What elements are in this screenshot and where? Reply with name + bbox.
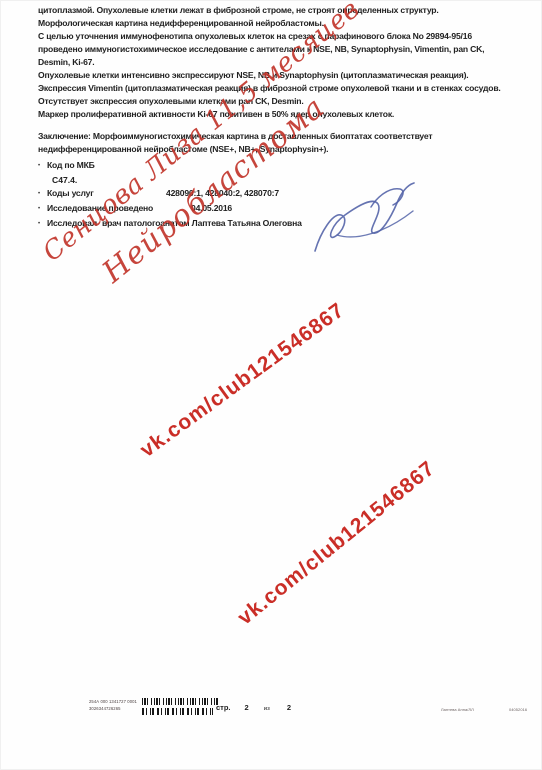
- signature-strokes: [301, 173, 427, 263]
- bullet-icon: •: [38, 203, 47, 216]
- footer-operator-text: Лаптева Анна/ЛЛ: [441, 707, 474, 712]
- page-separator: из: [264, 706, 270, 712]
- barcode-bottom: [142, 708, 213, 715]
- footer-print-code: 04052016: [509, 707, 527, 712]
- watermark-vk-1: vk.com/club121546867: [136, 298, 350, 462]
- signature: [301, 173, 427, 263]
- footer-code-line2: 3026344726265: [89, 705, 137, 712]
- page-current: 2: [245, 703, 249, 712]
- footer-document-codes: 254А 000 1341727 0001 3026344726265: [89, 698, 137, 712]
- report-line: цитоплазмой. Опухолевые клетки лежат в ф…: [38, 4, 540, 17]
- page-label: стр.: [216, 703, 231, 712]
- document-page: цитоплазмой. Опухолевые клетки лежат в ф…: [0, 0, 542, 770]
- footer-code-line1: 254А 000 1341727 0001: [89, 698, 137, 705]
- watermark-vk-2: vk.com/club121546867: [233, 457, 440, 631]
- page-indicator: стр. 2 из 2: [216, 703, 291, 712]
- field-icd-code: • Код по МКБ: [38, 159, 540, 174]
- barcode-top: [142, 698, 218, 705]
- bullet-icon: •: [38, 160, 47, 173]
- bullet-icon: •: [38, 188, 47, 201]
- bullet-icon: •: [38, 218, 47, 231]
- page-total: 2: [287, 703, 291, 712]
- report-line: Экспрессия Vimentin (цитоплазматическая …: [38, 82, 540, 95]
- report-line: Морфологическая картина недифференцирова…: [38, 17, 540, 30]
